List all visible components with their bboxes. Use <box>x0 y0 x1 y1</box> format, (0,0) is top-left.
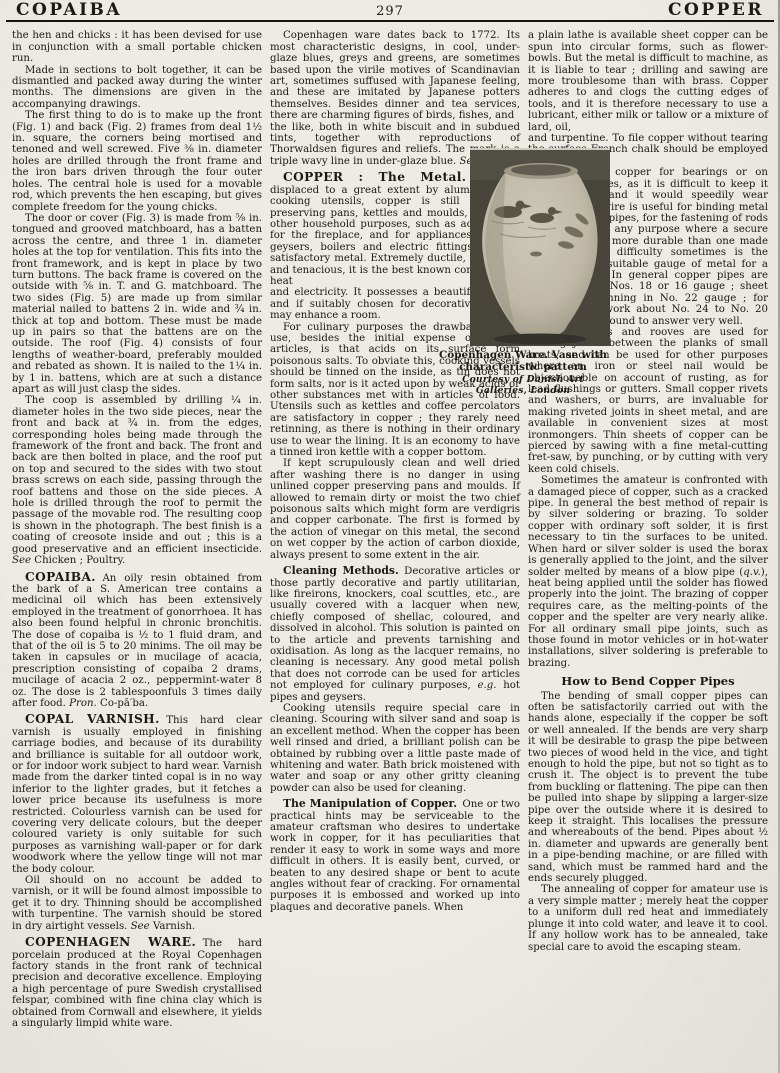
figure-copenhagen-vase: Copenhagen Ware. Vase with characteristi… <box>438 148 608 396</box>
paragraph: the hen and chicks : it has been devised… <box>12 30 262 64</box>
entry-lead: COPAIBA. <box>25 570 102 584</box>
paragraph: The annealing of copper for amateur use … <box>528 884 768 952</box>
entry-lead: COPENHAGEN WARE. <box>25 935 203 949</box>
section-heading: How to Bend Copper Pipes <box>528 676 768 687</box>
paragraph: COPENHAGEN WARE. The hard porcelain prod… <box>12 937 262 1029</box>
vase-caption-line2: characteristic pattern <box>438 362 608 374</box>
paragraph: a plain lathe is available sheet copper … <box>528 30 768 133</box>
entry-lead: Cleaning Methods. <box>283 564 404 577</box>
vase-courtesy-line: Courtesy of Danish Art Galleries, London <box>438 375 608 396</box>
paragraph: The Manipulation of Copper. One or two p… <box>270 798 520 913</box>
paragraph: Cleaning Methods. Decorative articles or… <box>270 565 520 703</box>
paragraph: The coop is assembled by drilling ¼ in. … <box>12 395 262 566</box>
entry-lead: COPAL VARNISH. <box>25 712 166 726</box>
paragraph: If kept scrupulously clean and well drie… <box>270 458 520 561</box>
paragraph: The first thing to do is to make up the … <box>12 110 262 213</box>
vase-caption: Copenhagen Ware. Vase with characteristi… <box>438 350 608 396</box>
page-header: COPAIBA 297 COPPER <box>0 0 780 17</box>
paragraph: Made in sections to bolt together, it ca… <box>12 65 262 111</box>
text-columns: the hen and chicks : it has been devised… <box>0 22 780 1029</box>
vase-photo-image <box>470 148 610 346</box>
paragraph: COPAL VARNISH. This hard clear varnish i… <box>12 714 262 875</box>
paragraph: Sometimes the amateur is confronted with… <box>528 475 768 669</box>
paragraph: Cooking utensils require special care in… <box>270 703 520 794</box>
paragraph: COPAIBA. An oily resin obtained from the… <box>12 572 262 710</box>
column-left: the hen and chicks : it has been devised… <box>12 30 262 1029</box>
entry-lead: The Manipulation of Copper. <box>283 797 462 810</box>
header-right-title: COPPER <box>404 5 764 16</box>
header-left-title: COPAIBA <box>16 5 376 16</box>
paragraph: The bending of small copper pipes can of… <box>528 691 768 885</box>
paragraph: Oil should on no account be added to var… <box>12 875 262 932</box>
encyclopedia-page: COPAIBA 297 COPPER the hen and chicks : … <box>0 0 780 1073</box>
vase-caption-line1: Copenhagen Ware. Vase with <box>438 350 608 362</box>
paragraph: Copenhagen ware dates back to 1772. Its … <box>270 30 520 121</box>
header-page-number: 297 <box>376 6 404 17</box>
paragraph: The door or cover (Fig. 3) is made from … <box>12 213 262 396</box>
